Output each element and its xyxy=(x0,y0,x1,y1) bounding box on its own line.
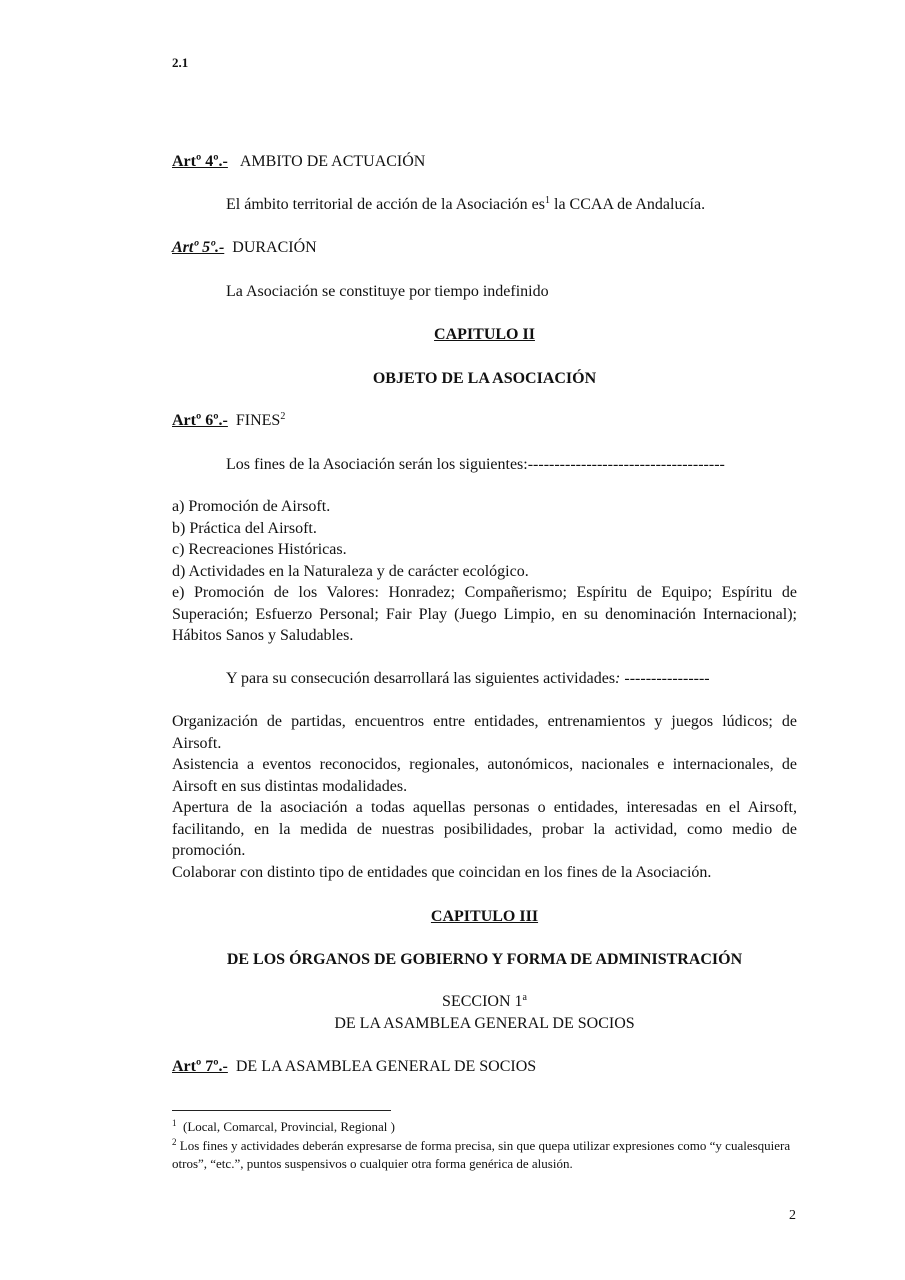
chapter-2-title: OBJETO DE LA ASOCIACIÓN xyxy=(172,368,797,390)
goal-item: a) Promoción de Airsoft. xyxy=(172,496,797,518)
article-6-title: FINES xyxy=(236,412,280,429)
goal-item: b) Práctica del Airsoft. xyxy=(172,518,797,540)
article-4-heading: Artº 4º.- AMBITO DE ACTUACIÓN xyxy=(172,151,425,173)
page-number: 2 xyxy=(789,1208,796,1224)
footnote-2: 2 Los fines y actividades deberán expres… xyxy=(172,1137,802,1174)
chapter-3-title: DE LOS ÓRGANOS DE GOBIERNO Y FORMA DE AD… xyxy=(172,949,797,971)
article-5-number: Artº 5º.- xyxy=(172,239,224,256)
section-label-sup: a xyxy=(523,992,527,1003)
activity-item: Asistencia a eventos reconocidos, region… xyxy=(172,754,797,797)
article-4-body: El ámbito territorial de acción de la As… xyxy=(226,194,705,216)
document-page: 2.1 Artº 4º.- AMBITO DE ACTUACIÓN El ámb… xyxy=(0,0,905,1280)
article-7-title: DE LA ASAMBLEA GENERAL DE SOCIOS xyxy=(236,1058,536,1075)
activities-intro: Y para su consecución desarrollará las s… xyxy=(226,668,710,690)
activity-item: Organización de partidas, encuentros ent… xyxy=(172,711,797,754)
chapter-3-label: CAPITULO III xyxy=(172,906,797,928)
article-7-number: Artº 7º.- xyxy=(172,1058,228,1075)
article-6-number: Artº 6º.- xyxy=(172,412,228,429)
goals-list: a) Promoción de Airsoft. b) Práctica del… xyxy=(172,496,797,647)
footnote-1: 1 (Local, Comarcal, Provincial, Regional… xyxy=(172,1118,802,1137)
footnote-2-text: Los fines y actividades deberán expresar… xyxy=(172,1138,790,1172)
section-label-text: SECCION 1 xyxy=(442,993,522,1010)
activity-item: Colaborar con distinto tipo de entidades… xyxy=(172,862,797,884)
article-4-body-text-end: la CCAA de Andalucía. xyxy=(550,196,705,213)
article-5-heading: Artº 5º.- DURACIÓN xyxy=(172,237,317,259)
activities-intro-text: Y para su consecución desarrollará las s… xyxy=(226,670,615,687)
goal-item: c) Recreaciones Históricas. xyxy=(172,539,797,561)
section-title: DE LA ASAMBLEA GENERAL DE SOCIOS xyxy=(172,1013,797,1035)
article-6-intro: Los fines de la Asociación serán los sig… xyxy=(226,454,725,476)
article-4-body-text: El ámbito territorial de acción de la As… xyxy=(226,196,545,213)
activity-item: Apertura de la asociación a todas aquell… xyxy=(172,797,797,862)
article-5-title: DURACIÓN xyxy=(232,239,316,256)
article-4-number: Artº 4º.- xyxy=(172,153,228,170)
chapter-2-label: CAPITULO II xyxy=(172,324,797,346)
footnote-ref-2[interactable]: 2 xyxy=(280,411,285,422)
activities-list: Organización de partidas, encuentros ent… xyxy=(172,711,797,883)
footnote-separator xyxy=(172,1110,391,1111)
activities-intro-dashes: ---------------- xyxy=(620,670,709,687)
footnotes: 1 (Local, Comarcal, Provincial, Regional… xyxy=(172,1118,802,1174)
article-5-body: La Asociación se constituye por tiempo i… xyxy=(226,281,549,303)
goal-item: d) Actividades en la Naturaleza y de car… xyxy=(172,561,797,583)
goal-item: e) Promoción de los Valores: Honradez; C… xyxy=(172,582,797,647)
article-6-heading: Artº 6º.- FINES2 xyxy=(172,410,285,432)
page-label: 2.1 xyxy=(172,55,188,71)
footnote-1-text: (Local, Comarcal, Provincial, Regional ) xyxy=(177,1119,395,1134)
section-label: SECCION 1a xyxy=(172,991,797,1013)
article-7-heading: Artº 7º.- DE LA ASAMBLEA GENERAL DE SOCI… xyxy=(172,1056,536,1078)
article-4-title: AMBITO DE ACTUACIÓN xyxy=(240,153,425,170)
